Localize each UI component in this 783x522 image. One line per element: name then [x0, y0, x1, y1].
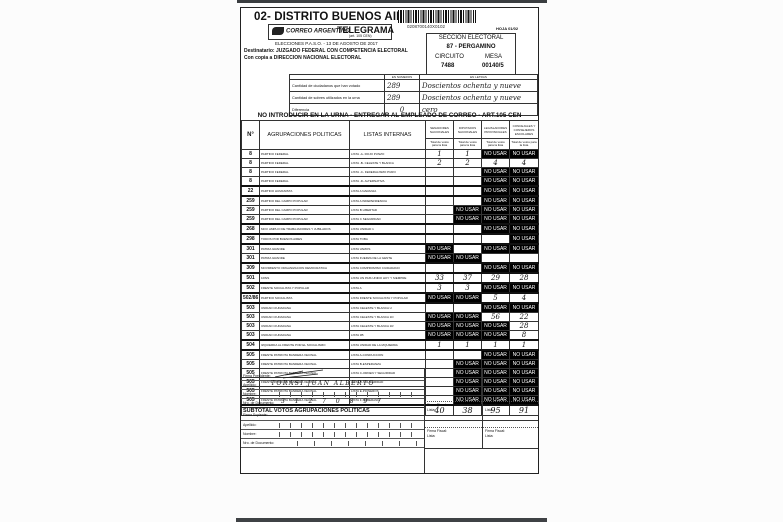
internal-list: LISTA FRENTE SOCIALISTA Y POPULAR [350, 293, 426, 303]
table-row: 8PARTIDO FEDERALLISTA -A- ROJO PUNZO11NO… [242, 150, 539, 159]
no-usar-cell-senators: NO USAR [426, 293, 454, 303]
count-number: 289 [385, 92, 420, 104]
party-name: PATRIA GRANDE [260, 244, 350, 254]
table-row: 22PARTIDO HUMANISTALISTA A NARANJANO USA… [242, 186, 539, 196]
votes-deputies [454, 177, 482, 187]
recipient: Destinatario: JUZGADO FEDERAL CON COMPET… [244, 48, 408, 54]
no-usar-cell-legislators: NO USAR [482, 168, 510, 177]
votes-senators [426, 224, 454, 234]
article-ref: (art. 105 CEN) [349, 34, 372, 38]
party-name: PATRIA GRANDE [260, 254, 350, 264]
count-number: 289 [385, 80, 420, 92]
count-letters: Doscientos ochenta y nueve [420, 92, 538, 104]
votes-deputies: 3 [454, 283, 482, 293]
no-usar-cell-senators: NO USAR [426, 331, 454, 341]
table-row: 301PATRIA GRANDELISTA FUERZA DE LA GENTE… [242, 254, 539, 264]
substitute-surname-row: Apellido: [241, 421, 424, 430]
substitute-name-row: Nombre: [241, 430, 424, 439]
no-usar-cell-councillors: NO USAR [510, 263, 539, 273]
party-name: FRENTE PATRIOTA BANDERA VECINAL [260, 350, 350, 360]
votes-legislators [482, 234, 510, 244]
party-name: MOVIMIENTO ORGANIZACION DEMOCRATICA [260, 263, 350, 273]
table-row: 301PATRIA GRANDELISTA VAMOSNO USARNO USA… [242, 244, 539, 254]
party-name: UNIDAD CIUDADANA [260, 313, 350, 322]
col-lists-header: LISTAS INTERNAS [350, 121, 426, 150]
substitute-document-row: Nro. de Documento: [241, 439, 424, 448]
no-usar-cell-councillors: NO USAR [510, 234, 539, 244]
party-name: 1PAIS [260, 273, 350, 283]
no-usar-cell-legislators: NO USAR [482, 283, 510, 293]
subheader-total: Total de votos para la lista [482, 139, 510, 150]
votes-senators [426, 206, 454, 215]
party-name: PARTIDO FEDERAL [260, 159, 350, 168]
party-name: PARTIDO FEDERAL [260, 168, 350, 177]
no-usar-cell-councillors: NO USAR [510, 303, 539, 313]
count-row: Cantidad de sobres utilizados en la urna… [290, 92, 538, 104]
votes-deputies [454, 168, 482, 177]
votes-legislators: 56 [482, 313, 510, 322]
president-document: 3 1 2 7 0 8 9 7 [281, 398, 385, 405]
no-usar-cell-councillors: NO USAR [510, 224, 539, 234]
votes-deputies [454, 196, 482, 206]
table-row: 259PARTIDO DEL CAMPO POPULARLISTA C SEGU… [242, 215, 539, 225]
col-legislators-header: LEGISLADORES PROVINCIALES [482, 121, 510, 139]
internal-list: LISTA COMPROMISO CIUDADANO [350, 263, 426, 273]
no-usar-cell-legislators: NO USAR [482, 350, 510, 360]
party-name: PARTIDO SOCIALISTA [260, 293, 350, 303]
table-row: 502FRENTE SOCIALISTA Y POPULARLISTA A33N… [242, 283, 539, 293]
no-usar-cell-legislators: NO USAR [482, 303, 510, 313]
party-number: 301 [242, 254, 260, 264]
internal-list: LISTA UNIDAD 1 [350, 224, 426, 234]
no-usar-cell-councillors: NO USAR [510, 196, 539, 206]
no-usar-cell-councillors: NO USAR [510, 186, 539, 196]
party-number: 503 [242, 313, 260, 322]
internal-list: LISTA A INDEPENDENCIA [350, 196, 426, 206]
table-row: 309MOVIMIENTO ORGANIZACION DEMOCRATICALI… [242, 263, 539, 273]
votes-deputies [454, 263, 482, 273]
no-usar-cell-deputies: NO USAR [454, 313, 482, 322]
votes-deputies: 37 [454, 273, 482, 283]
party-number: 259 [242, 215, 260, 225]
party-name: PARTIDO DEL CAMPO POPULAR [260, 206, 350, 215]
party-number: 301 [242, 244, 260, 254]
no-usar-cell-senators: NO USAR [426, 244, 454, 254]
president-surname-row: Apellido: TORASI JUAN ALBERTO [241, 381, 424, 390]
party-number: 503 [242, 322, 260, 331]
no-usar-cell-councillors: NO USAR [510, 150, 539, 159]
section-label: SECCION ELECTORAL [427, 35, 515, 41]
votes-deputies [454, 244, 482, 254]
internal-list: LISTA C SEGURIDAD [350, 215, 426, 225]
party-number: 504 [242, 340, 260, 350]
no-usar-cell-councillors: NO USAR [510, 168, 539, 177]
fiscal-signature-box: Firma Fiscal: Lista: [425, 408, 483, 449]
votes-legislators [482, 254, 510, 264]
no-usar-cell-senators: NO USAR [426, 313, 454, 322]
sheet-number: HOJA 01/02 [496, 26, 518, 31]
internal-list: LISTA -B- CELESTE Y BLANCA [350, 159, 426, 168]
no-usar-cell-legislators: NO USAR [482, 322, 510, 331]
party-number: 8 [242, 168, 260, 177]
party-number: 505 [242, 350, 260, 360]
internal-list: LISTA VAMOS [350, 244, 426, 254]
count-letters: Doscientos ochenta y nueve [420, 80, 538, 92]
votes-deputies [454, 224, 482, 234]
circuit-label: CIRCUITO [435, 54, 464, 60]
no-usar-cell-legislators: NO USAR [482, 224, 510, 234]
no-usar-cell-legislators: NO USAR [482, 331, 510, 341]
votes-senators [426, 263, 454, 273]
president-document-row: Nro. de Documento: 3 1 2 7 0 8 9 7 [241, 399, 424, 408]
votes-senators [426, 196, 454, 206]
party-name: PARTIDO HUMANISTA [260, 186, 350, 196]
party-number: 8 [242, 150, 260, 159]
votes-councillors: 4 [510, 159, 539, 168]
section-value: 87 - PERGAMINO [427, 44, 515, 50]
no-usar-cell-deputies: NO USAR [454, 331, 482, 341]
votes-senators [426, 234, 454, 244]
table-row: 268MOV. AMPLIO DE TRABAJADORES Y JUBILAD… [242, 224, 539, 234]
col-number-header: N° [242, 121, 260, 150]
no-usar-cell-legislators: NO USAR [482, 215, 510, 225]
votes-councillors: 1 [510, 340, 539, 350]
correo-logo-icon [272, 27, 284, 35]
table-row: 503UNIDAD CIUDADANALISTA CELESTE Y BLANC… [242, 322, 539, 331]
no-usar-cell-legislators: NO USAR [482, 177, 510, 187]
table-row: 259PARTIDO DEL CAMPO POPULARLISTA B LIBE… [242, 206, 539, 215]
votes-deputies: 2 [454, 159, 482, 168]
votes-senators [426, 168, 454, 177]
internal-list: LISTA CELESTE Y BLANCA 1D [350, 313, 426, 322]
signature-scribble-icon [273, 368, 328, 380]
no-usar-cell-councillors: NO USAR [510, 206, 539, 215]
party-name: IZQUIERDA AL FRENTE POR EL SOCIALISMO [260, 340, 350, 350]
no-usar-cell-legislators: NO USAR [482, 196, 510, 206]
barcode-number: 0208700140X0102 [407, 24, 445, 29]
votes-deputies [454, 186, 482, 196]
count-row: Cantidad de ciudadanos que han votado 28… [290, 80, 538, 92]
party-name: PARTIDO FEDERAL [260, 150, 350, 159]
party-name: FRENTE SOCIALISTA Y POPULAR [260, 283, 350, 293]
party-name: PARTIDO DEL CAMPO POPULAR [260, 215, 350, 225]
no-usar-cell-legislators: NO USAR [482, 244, 510, 254]
votes-councillors: 28 [510, 322, 539, 331]
internal-list: LISTA B LIBERTAD [350, 206, 426, 215]
district-title: 02- DISTRITO BUENOS AIRES [254, 11, 420, 23]
no-usar-cell-councillors: NO USAR [510, 215, 539, 225]
party-number: 298 [242, 234, 260, 244]
internal-list: LISTA TOBA [350, 234, 426, 244]
no-usar-cell-legislators: NO USAR [482, 206, 510, 215]
president-surname: TORASI JUAN ALBERTO [271, 380, 375, 387]
votes-deputies: 1 [454, 340, 482, 350]
party-number: 501 [242, 273, 260, 283]
electoral-section-box: SECCION ELECTORAL 87 - PERGAMINO CIRCUIT… [426, 33, 516, 75]
votes-legislators: 29 [482, 273, 510, 283]
no-usar-cell-councillors: NO USAR [510, 177, 539, 187]
party-number: 502 [242, 283, 260, 293]
votes-senators: 2 [426, 159, 454, 168]
internal-list: LISTA UN PAIS UNIDO HOY Y SIEMPRE [350, 273, 426, 283]
subheader-total: Total de votos para la lista [510, 139, 539, 150]
internal-list: LISTA A [350, 283, 426, 293]
votes-senators [426, 303, 454, 313]
barcode [398, 10, 476, 23]
internal-list: LISTA -A- ROJO PUNZO [350, 150, 426, 159]
party-number: 309 [242, 263, 260, 273]
party-name: UNIDAD CIUDADANA [260, 303, 350, 313]
party-name: PARTIDO DEL CAMPO POPULAR [260, 196, 350, 206]
subheader-total: Total de votos para la lista [426, 139, 454, 150]
internal-list: LISTA A-CONDUCCION [350, 350, 426, 360]
votes-legislators: 5 [482, 293, 510, 303]
telegram-document: 02- DISTRITO BUENOS AIRES 0208700140X010… [240, 7, 539, 474]
no-usar-cell-councillors: NO USAR [510, 283, 539, 293]
table-row: 298TODOS POR BUENOS AIRESLISTA TOBANO US… [242, 234, 539, 244]
no-usar-cell-legislators: NO USAR [482, 150, 510, 159]
votes-legislators: 4 [482, 159, 510, 168]
votes-deputies [454, 303, 482, 313]
internal-list: LISTA UNIDAD DE LA IZQUIERDA [350, 340, 426, 350]
votes-legislators: 1 [482, 340, 510, 350]
table-row: 8PARTIDO FEDERALLISTA -C- FEDERALISMO PU… [242, 168, 539, 177]
no-usar-cell-councillors: NO USAR [510, 350, 539, 360]
party-number: 502/86 [242, 293, 260, 303]
votes-senators: 33 [426, 273, 454, 283]
table-value: 00140/5 [482, 63, 504, 69]
telegram-header-box: CORREO ARGENTINO TELEGRAMA (art. 105 CEN… [268, 24, 392, 40]
viewer-bottom-bar [236, 518, 547, 522]
votes-senators [426, 177, 454, 187]
no-usar-cell-deputies: NO USAR [454, 322, 482, 331]
table-row: 503UNIDAD CIUDADANALISTA CELESTE Y BLANC… [242, 303, 539, 313]
no-usar-cell-councillors: NO USAR [510, 244, 539, 254]
internal-list: LISTA 3B [350, 331, 426, 341]
votes-senators: 3 [426, 283, 454, 293]
table-label: MESA [485, 54, 502, 60]
internal-list: LISTA -C- FEDERALISMO PURO [350, 168, 426, 177]
table-row: 504IZQUIERDA AL FRENTE POR EL SOCIALISMO… [242, 340, 539, 350]
votes-table-body: 8PARTIDO FEDERALLISTA -A- ROJO PUNZO11NO… [242, 150, 539, 406]
no-usar-cell-deputies: NO USAR [454, 293, 482, 303]
party-number: 259 [242, 196, 260, 206]
party-name: UNIDAD CIUDADANA [260, 322, 350, 331]
no-usar-cell-deputies: NO USAR [454, 254, 482, 264]
substitute-signature-row: Firma Suplente: [241, 408, 424, 421]
votes-councillors: 8 [510, 331, 539, 341]
copy-recipient: Con copia a DIRECCION NACIONAL ELECTORAL [244, 55, 361, 61]
no-usar-cell-senators: NO USAR [426, 322, 454, 331]
fiscal-signature-box: Firma Fiscal: Lista: [483, 408, 538, 449]
party-number: 22 [242, 186, 260, 196]
internal-list: LISTA -D- ALTERNATIVA [350, 177, 426, 187]
party-number: 259 [242, 206, 260, 215]
circuit-value: 7488 [441, 63, 454, 69]
votes-deputies: 1 [454, 150, 482, 159]
party-name: UNIDAD CIUDADANA [260, 331, 350, 341]
table-row: 5011PAISLISTA UN PAIS UNIDO HOY Y SIEMPR… [242, 273, 539, 283]
votes-senators [426, 350, 454, 360]
voter-counts-table: EN NUMEROS EN LETRAS Cantidad de ciudada… [289, 74, 538, 116]
party-number: 268 [242, 224, 260, 234]
signature-section: Firma Presidente: Apellido: TORASI JUAN … [241, 368, 538, 473]
col-deputies-header: DIPUTADOS NACIONALES [454, 121, 482, 139]
party-name: MOV. AMPLIO DE TRABAJADORES Y JUBILADOS [260, 224, 350, 234]
votes-councillors: 22 [510, 313, 539, 322]
table-row: 259PARTIDO DEL CAMPO POPULARLISTA A INDE… [242, 196, 539, 206]
no-usar-cell-legislators: NO USAR [482, 263, 510, 273]
viewer-top-bar [237, 0, 547, 3]
table-row: 503UNIDAD CIUDADANALISTA CELESTE Y BLANC… [242, 313, 539, 322]
table-row: 8PARTIDO FEDERALLISTA -D- ALTERNATIVANO … [242, 177, 539, 187]
internal-list: LISTA CELESTE Y BLANCA U [350, 303, 426, 313]
no-usar-cell-senators: NO USAR [426, 254, 454, 264]
no-usar-cell-legislators: NO USAR [482, 186, 510, 196]
votes-councillors: 4 [510, 293, 539, 303]
internal-list: LISTA A NARANJA [350, 186, 426, 196]
internal-list: LISTA FUERZA DE LA GENTE [350, 254, 426, 264]
party-number: 8 [242, 177, 260, 187]
votes-councillors [510, 254, 539, 264]
party-name: TODOS POR BUENOS AIRES [260, 234, 350, 244]
election-name: ELECCIONES P.A.S.O. - 13 DE AGOSTO DE 20… [275, 41, 378, 46]
table-row: 502/86PARTIDO SOCIALISTALISTA FRENTE SOC… [242, 293, 539, 303]
table-row: 505FRENTE PATRIOTA BANDERA VECINALLISTA … [242, 350, 539, 360]
votes-deputies [454, 350, 482, 360]
party-number: 503 [242, 303, 260, 313]
votes-senators: 1 [426, 340, 454, 350]
no-usar-cell-deputies: NO USAR [454, 206, 482, 215]
votes-senators [426, 215, 454, 225]
delivery-warning: NO INTRODUCIR EN LA URNA - ENTREGAR AL E… [241, 112, 538, 119]
votes-deputies [454, 234, 482, 244]
col-parties-header: AGRUPACIONES POLITICAS [260, 121, 350, 150]
subheader-total: Total de votos para la lista [454, 139, 482, 150]
party-number: 503 [242, 331, 260, 341]
party-number: 8 [242, 159, 260, 168]
votes-councillors: 28 [510, 273, 539, 283]
table-row: 503UNIDAD CIUDADANALISTA 3BNO USARNO USA… [242, 331, 539, 341]
col-senators-header: SENADORES NACIONALES [426, 121, 454, 139]
party-name: PARTIDO FEDERAL [260, 177, 350, 187]
votes-senators: 1 [426, 150, 454, 159]
no-usar-cell-deputies: NO USAR [454, 215, 482, 225]
votes-senators [426, 186, 454, 196]
authority-signatures: Firma Presidente: Apellido: TORASI JUAN … [241, 368, 425, 473]
col-councillors-header: CONCEJALES Y CONSEJEROS ESCOLARES [510, 121, 539, 139]
table-row: 8PARTIDO FEDERALLISTA -B- CELESTE Y BLAN… [242, 159, 539, 168]
internal-list: LISTA CELESTE Y BLANCA 1R [350, 322, 426, 331]
